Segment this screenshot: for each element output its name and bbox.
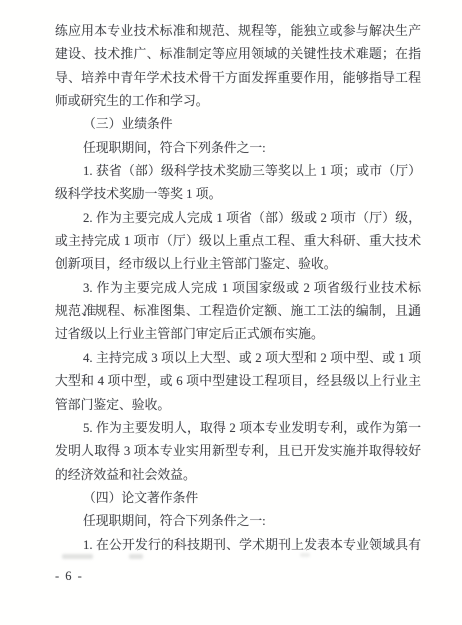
text-line: 练应用本专业技术标准和规范、规程等，能独立或参与解决生产 bbox=[55, 20, 421, 43]
document-page: 练应用本专业技术标准和规范、规程等，能独立或参与解决生产建设、技术推广、标准制定… bbox=[0, 0, 462, 625]
text-line: 1. 在公开发行的科技期刊、学术期刊上发表本专业领域具有 bbox=[55, 534, 421, 557]
text-block: 练应用本专业技术标准和规范、规程等，能独立或参与解决生产建设、技术推广、标准制定… bbox=[55, 20, 421, 557]
text-line: （三）业绩条件 bbox=[55, 113, 421, 136]
text-line: 创新项目，经市级以上行业主管部门鉴定、验收。 bbox=[55, 253, 421, 276]
text-line: 3. 作为主要完成人完成 1 项国家级或 2 项省级行业技术标准、 bbox=[55, 277, 421, 300]
text-line: 建设、技术推广、标准制定等应用领域的关键性技术难题；在指 bbox=[55, 43, 421, 66]
scan-smudge bbox=[62, 554, 93, 559]
text-line: 级科学技术奖励一等奖 1 项。 bbox=[55, 183, 421, 206]
text-line: 发明人取得 3 项本专业实用新型专利，且已开发实施并取得较好 bbox=[55, 440, 421, 463]
text-line: 4. 主持完成 3 项以上大型、或 2 项大型和 2 项中型、或 1 项 bbox=[55, 347, 421, 370]
text-line: 的经济效益和社会效益。 bbox=[55, 464, 421, 487]
text-line: 导、培养中青年学术技术骨干方面发挥重要作用，能够指导工程 bbox=[55, 67, 421, 90]
text-line: 5. 作为主要发明人，取得 2 项本专业发明专利，或作为第一 bbox=[55, 417, 421, 440]
text-line: 过省级以上行业主管部门审定后正式颁布实施。 bbox=[55, 323, 421, 346]
text-line: 任现职期间，符合下列条件之一: bbox=[55, 510, 421, 533]
text-line: 管部门鉴定、验收。 bbox=[55, 394, 421, 417]
scan-smudge bbox=[300, 553, 310, 557]
text-line: 或主持完成 1 项市（厅）级以上重点工程、重大科研、重大技术 bbox=[55, 230, 421, 253]
text-line: 1. 获省（部）级科学技术奖励三等奖以上 1 项；或市（厅） bbox=[55, 160, 421, 183]
scan-smudge bbox=[129, 554, 143, 559]
text-line: 师或研究生的工作和学习。 bbox=[55, 90, 421, 113]
text-line: 2. 作为主要完成人完成 1 项省（部）级或 2 项市（厅）级， bbox=[55, 207, 421, 230]
text-line: 大型和 4 项中型，或 6 项中型建设工程项目，经县级以上行业主 bbox=[55, 370, 421, 393]
text-line: 规范、规程、标准图集、工程造价定额、施工工法的编制，且通 bbox=[55, 300, 421, 323]
text-line: （四）论文著作条件 bbox=[55, 487, 421, 510]
page-number: - 6 - bbox=[55, 568, 83, 584]
text-line: 任现职期间，符合下列条件之一: bbox=[55, 137, 421, 160]
